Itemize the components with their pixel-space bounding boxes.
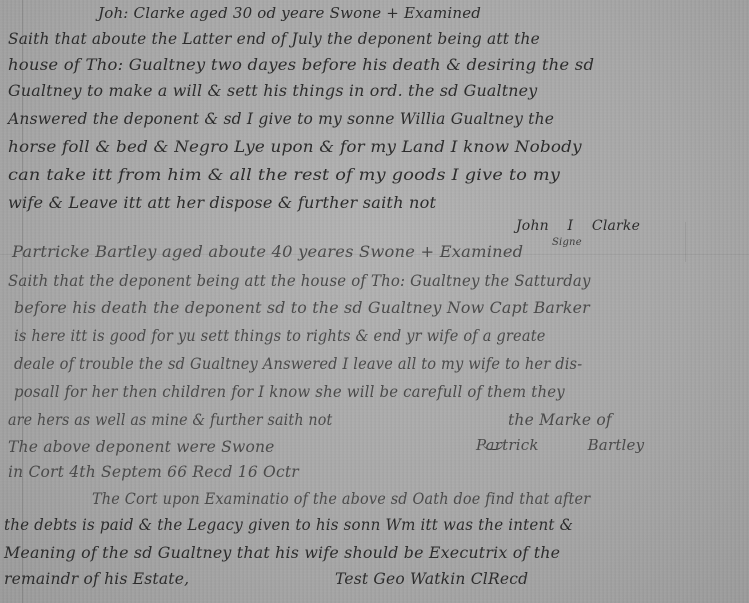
deposition-1-line: horse foll & bed & Negro Lye upon & for …: [8, 138, 582, 156]
signature-box-rule: [685, 222, 686, 262]
deposition-2-line: deale of trouble the sd Gualtney Answere…: [14, 355, 582, 373]
deposition-2-line: posall for her then children for I know …: [14, 383, 565, 401]
deposition-1-line: Saith that aboute the Latter end of July…: [8, 30, 540, 48]
deposition-2-signature: Partrick Bartley: [476, 436, 644, 454]
jurat-line: in Cort 4th Septem 66 Recd 16 Octr: [8, 463, 299, 481]
court-finding-line: Meaning of the sd Gualtney that his wife…: [4, 544, 560, 562]
deposition-1-signature: John I Clarke: [516, 218, 640, 234]
court-finding-line: The Cort upon Examinatio of the above sd…: [92, 490, 590, 508]
court-finding-line: remaindr of his Estate,: [4, 570, 189, 588]
deposition-2-line: Saith that the deponent being att the ho…: [8, 272, 591, 290]
deposition-2-heading: Partricke Bartley aged aboute 40 yeares …: [12, 243, 523, 261]
deposition-1-line: Answered the deponent & sd I give to my …: [8, 110, 554, 128]
jurat-line: The above deponent were Swone: [8, 438, 275, 456]
mark-label: the Marke of: [508, 411, 612, 429]
clerk-attestation: Test Geo Watkin ClRecd: [335, 570, 528, 588]
deposition-1-line: house of Tho: Gualtney two dayes before …: [8, 56, 594, 74]
deposition-1-line: Gualtney to make a will & sett his thing…: [8, 82, 537, 100]
deposition-2-line: is here itt is good for yu sett things t…: [14, 327, 546, 345]
court-finding-line: the debts is paid & the Legacy given to …: [4, 516, 573, 534]
deposition-1-line: can take itt from him & all the rest of …: [8, 166, 560, 184]
deposition-2-line: before his death the deponent sd to the …: [14, 299, 590, 317]
document-page: Joh: Clarke aged 30 od yeare Swone + Exa…: [0, 0, 749, 603]
deposition-2-line: are hers as well as mine & further saith…: [8, 411, 332, 429]
deposition-1-heading: Joh: Clarke aged 30 od yeare Swone + Exa…: [98, 4, 481, 22]
deposition-1-line: wife & Leave itt att her dispose & furth…: [8, 194, 436, 212]
signature-note: Signe: [552, 237, 582, 248]
